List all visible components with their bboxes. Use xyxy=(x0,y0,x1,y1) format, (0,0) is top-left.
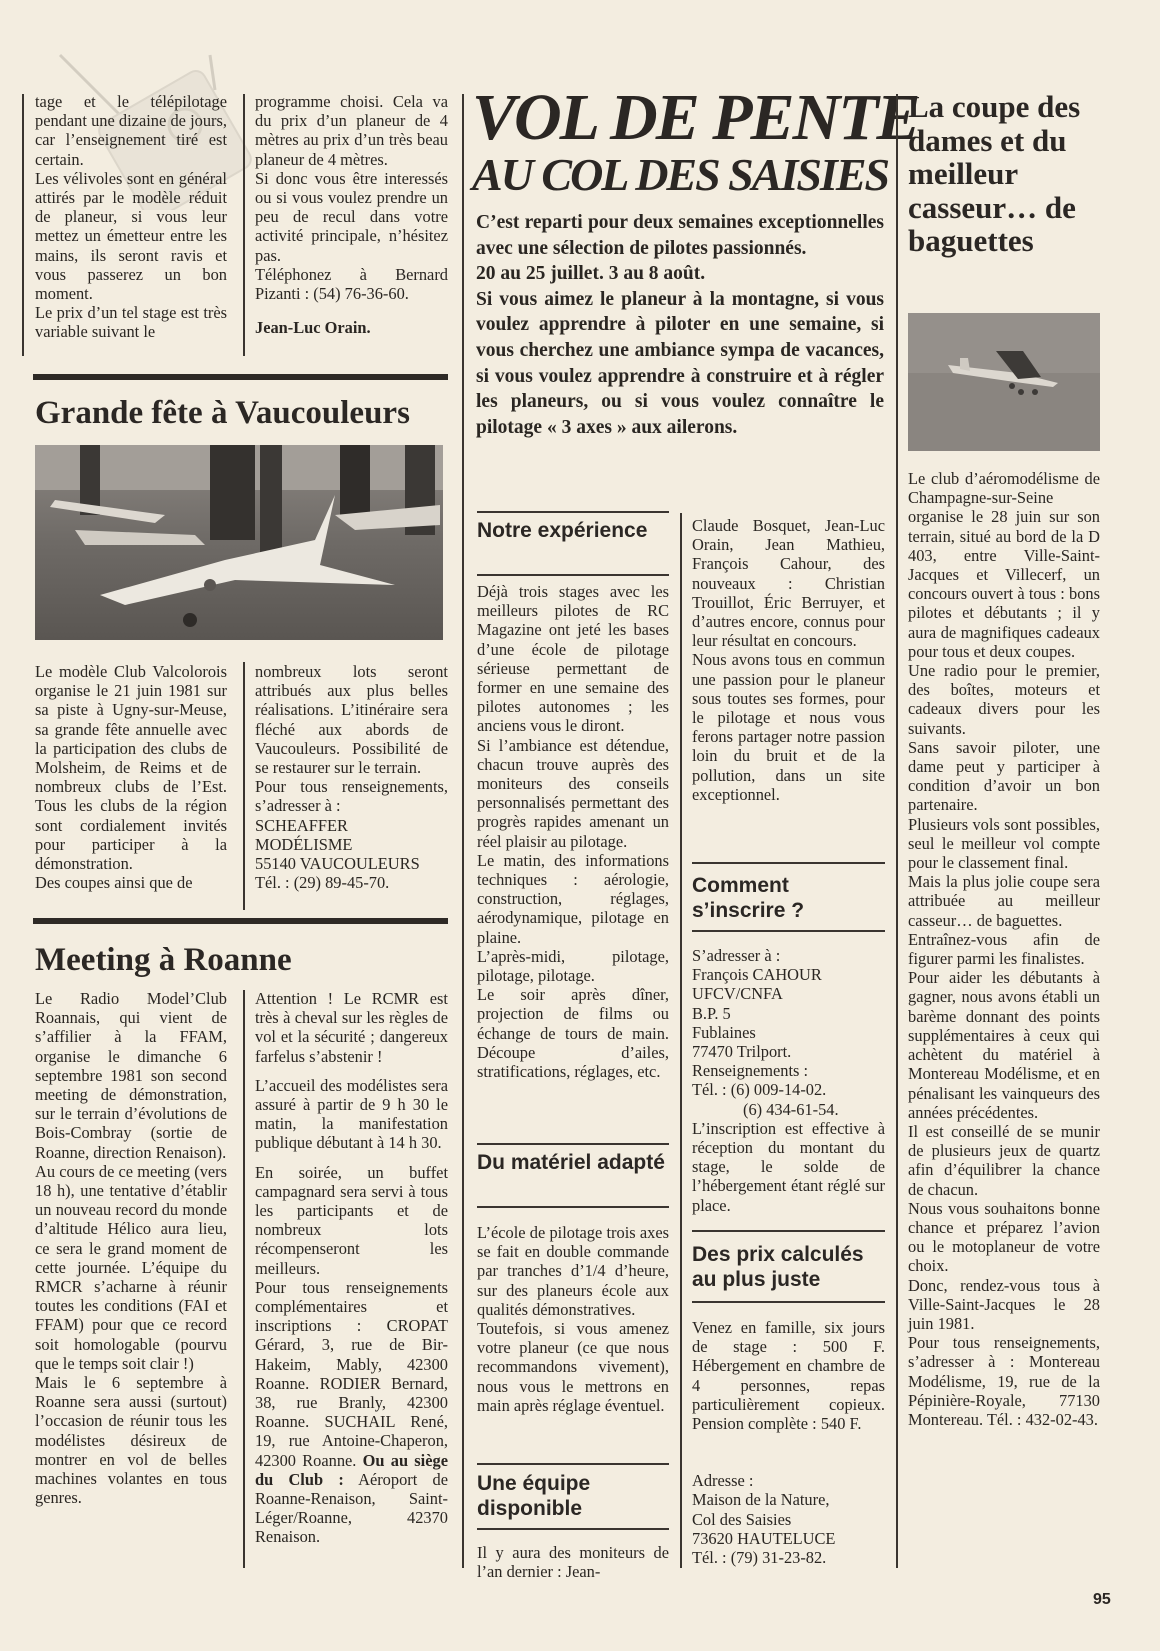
title-line-2: AU COL DES SAISIES xyxy=(472,150,892,200)
paragraph: L’accueil des modélistes sera assuré à p… xyxy=(255,1076,448,1153)
paragraph: nombreux lots seront attribués aux plus … xyxy=(255,662,448,777)
subsection-rule xyxy=(477,1206,669,1208)
column-rule xyxy=(680,513,682,1568)
paragraph: Claude Bosquet, Jean-Luc Orain, Jean Mat… xyxy=(692,516,885,650)
paragraph: L’inscription est effective à réception … xyxy=(692,1119,885,1215)
subsection-rule xyxy=(477,1143,669,1145)
address-line: MODÉLISME xyxy=(255,835,448,854)
roanne-body-left: Le Radio Model’Club Roannais, qui vient … xyxy=(35,989,227,1507)
contact-line: S’adresser à : xyxy=(692,946,885,965)
paragraph: Les vélivoles sont en général attirés pa… xyxy=(35,169,227,303)
page-number: 95 xyxy=(1093,1591,1111,1609)
contact-line: Renseignements : xyxy=(692,1061,885,1080)
paragraph: Pour tous renseignements, s’adresser à : xyxy=(255,777,448,815)
paragraph: Attention ! Le RCMR est très à cheval su… xyxy=(255,989,448,1066)
subsection-rule xyxy=(692,862,885,864)
coupe-dames-body: Le club d’aéromodélisme de Champagne-sur… xyxy=(908,469,1100,1429)
column-rule xyxy=(462,94,464,1568)
subsection-rule xyxy=(477,511,669,513)
subsection-title: Comment s’inscrire ? xyxy=(692,873,885,923)
paragraph: Des coupes ainsi que de xyxy=(35,873,227,892)
paragraph: L’après-midi, pilotage, pilotage, pilota… xyxy=(477,947,669,985)
contact-line: 77470 Trilport. xyxy=(692,1042,885,1061)
paragraph: Mais la plus jolie coupe sera attribuée … xyxy=(908,872,1100,930)
column-rule xyxy=(896,94,898,1568)
dates: 20 au 25 juillet. 3 au 8 août. xyxy=(476,261,884,287)
address-line: Col des Saisies xyxy=(692,1510,885,1529)
glider-in-flight-photo-icon xyxy=(908,313,1100,451)
paragraph: Déjà trois stages avec les meilleurs pil… xyxy=(477,582,669,736)
phone-number: Tél. : (29) 89-45-70. xyxy=(255,873,448,892)
paragraph: Nous avons tous en commun une passion po… xyxy=(692,650,885,804)
paragraph: Nous vous souhaitons bonne chance et pré… xyxy=(908,1199,1100,1276)
paragraph: Le club d’aéromodélisme de Champagne-sur… xyxy=(908,469,1100,661)
paragraph: Si donc vous être interessés ou si vous … xyxy=(255,169,448,265)
equipe-continuation: Claude Bosquet, Jean-Luc Orain, Jean Mat… xyxy=(692,516,885,804)
paragraph: Venez en famille, six jours de stage : 5… xyxy=(692,1318,885,1433)
experience-body: Déjà trois stages avec les meilleurs pil… xyxy=(477,582,669,1081)
roanne-body-right: Attention ! Le RCMR est très à cheval su… xyxy=(255,989,448,1547)
lead-paragraph: C’est reparti pour deux semaines excepti… xyxy=(476,210,884,261)
vaucouleurs-body-left: Le modèle Club Valcolorois organise le 2… xyxy=(35,662,227,892)
paragraph: Le matin, des informations techniques : … xyxy=(477,851,669,947)
subsection-title: Des prix calculés au plus juste xyxy=(692,1242,892,1292)
paragraph: Entraînez-vous afin de figurer parmi les… xyxy=(908,930,1100,968)
subsection-rule xyxy=(692,1301,885,1303)
feature-title: VOL DE PENTE AU COL DES SAISIES xyxy=(472,86,892,200)
materiel-body: L’école de pilotage trois axes se fait e… xyxy=(477,1223,669,1415)
model-aircraft-photo-icon xyxy=(35,445,443,640)
glider-photo xyxy=(908,313,1100,451)
feature-lead: C’est reparti pour deux semaines excepti… xyxy=(476,210,884,440)
paragraph: Il y aura des moniteurs de l’an dernier … xyxy=(477,1543,669,1581)
subsection-rule xyxy=(692,930,885,932)
column-rule xyxy=(243,94,245,356)
paragraph: tage et le télépilotage pendant une diza… xyxy=(35,92,227,169)
subsection-title: Notre expérience xyxy=(477,518,669,543)
paragraph: Donc, rendez-vous tous à Ville-Saint-Jac… xyxy=(908,1276,1100,1334)
contact-line: UFCV/CNFA xyxy=(692,984,885,1003)
equipe-body: Il y aura des moniteurs de l’an dernier … xyxy=(477,1543,669,1581)
contact-list: Pour tous renseignements complémentaires… xyxy=(255,1278,448,1470)
vaucouleurs-body-right: nombreux lots seront attribués aux plus … xyxy=(255,662,448,892)
column-rule xyxy=(243,990,245,1568)
contact-line: Fublaines xyxy=(692,1023,885,1042)
paragraph: Le modèle Club Valcolorois organise le 2… xyxy=(35,662,227,873)
paragraph: Téléphonez à Bernard Pizanti : (54) 76-3… xyxy=(255,265,448,303)
paragraph: Plusieurs vols sont possibles, seul le m… xyxy=(908,815,1100,873)
section-divider xyxy=(33,918,448,924)
paragraph: L’école de pilotage trois axes se fait e… xyxy=(477,1223,669,1319)
paragraph: Toutefois, si vous amenez votre planeur … xyxy=(477,1319,669,1415)
subsection-rule xyxy=(477,1528,669,1530)
paragraph: Pour tous renseignements, s’adresser à :… xyxy=(908,1333,1100,1429)
address-line: 73620 HAUTELUCE xyxy=(692,1529,885,1548)
paragraph: Une radio pour le premier, des boîtes, m… xyxy=(908,661,1100,738)
paragraph: Sans savoir piloter, une dame peut y par… xyxy=(908,738,1100,815)
vaucouleurs-photo xyxy=(35,445,443,640)
paragraph: En soirée, un buffet campagnard sera ser… xyxy=(255,1163,448,1278)
prix-body: Venez en famille, six jours de stage : 5… xyxy=(692,1318,885,1567)
paragraph: Il est conseillé de se munir de plusieur… xyxy=(908,1122,1100,1199)
subsection-title: Du matériel adapté xyxy=(477,1150,669,1175)
address-line: Maison de la Nature, xyxy=(692,1490,885,1509)
phone-number: Tél. : (79) 31-23-82. xyxy=(692,1548,885,1567)
paragraph: Le soir après dîner, projection de films… xyxy=(477,985,669,1081)
address-line: 55140 VAUCOULEURS xyxy=(255,854,448,873)
article-title: La coupe des dames et du meilleur casseu… xyxy=(908,90,1108,258)
title-line-1: VOL DE PENTE xyxy=(472,86,892,150)
lead-paragraph: Si vous aimez le planeur à la montagne, … xyxy=(476,287,884,441)
phone-number: Tél. : (6) 009-14-02. xyxy=(692,1080,885,1099)
article-title: Grande fête à Vaucouleurs xyxy=(35,393,410,433)
paragraph: Pour tous renseignements complémentaires… xyxy=(255,1278,448,1547)
subsection-rule xyxy=(477,1463,669,1465)
article-continuation-right: programme choisi. Cela va du prix d’un p… xyxy=(255,92,448,337)
section-divider xyxy=(33,374,448,380)
inscription-body: S’adresser à : François CAHOUR UFCV/CNFA… xyxy=(692,946,885,1215)
paragraph: Si l’ambiance est détendue, chacun trouv… xyxy=(477,736,669,851)
article-continuation-left: tage et le télépilotage pendant une diza… xyxy=(35,92,227,342)
subsection-title: Une équipe disponible xyxy=(477,1471,669,1521)
author-signature: Jean-Luc Orain. xyxy=(255,318,448,337)
article-title: Meeting à Roanne xyxy=(35,940,292,980)
subsection-rule xyxy=(477,574,669,576)
paragraph: programme choisi. Cela va du prix d’un p… xyxy=(255,92,448,169)
column-rule xyxy=(22,94,24,356)
paragraph: Mais le 6 septembre à Roanne sera aussi … xyxy=(35,1373,227,1507)
address-line: Adresse : xyxy=(692,1471,885,1490)
paragraph: Le prix d’un tel stage est très variable… xyxy=(35,303,227,341)
subsection-rule xyxy=(692,1230,885,1232)
contact-line: François CAHOUR xyxy=(692,965,885,984)
paragraph: Au cours de ce meeting (vers 18 h), une … xyxy=(35,1162,227,1373)
column-rule xyxy=(243,662,245,910)
address-line: SCHEAFFER xyxy=(255,816,448,835)
paragraph: Pour aider les débutants à gagner, nous … xyxy=(908,968,1100,1122)
phone-number: (6) 434-61-54. xyxy=(692,1100,885,1119)
contact-line: B.P. 5 xyxy=(692,1004,885,1023)
paragraph: Le Radio Model’Club Roannais, qui vient … xyxy=(35,989,227,1162)
